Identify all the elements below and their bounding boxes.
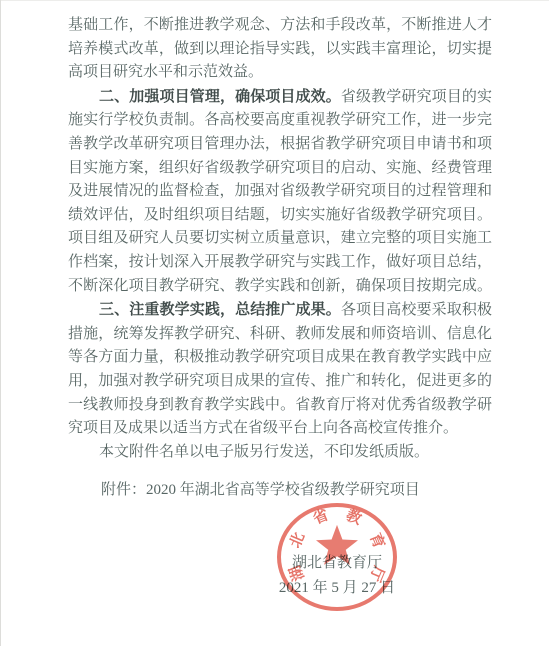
body-line: 绩效评估，及时组织项目结题，切实实施好省级教学研究项目。 xyxy=(68,204,492,228)
body-line: 不断深化项目教学研究、教学实践和创新，确保项目按期完成。 xyxy=(68,275,492,299)
body-line-text: 不断深化项目教学研究、教学实践和创新，确保项目按期完成。 xyxy=(68,278,492,294)
section-heading-line-2: 二、加强项目管理，确保项目成效。省级教学研究项目的实 xyxy=(68,85,492,110)
body-line: 等各方面力量，积极推动教学研究项目成果在教育教学实践中应 xyxy=(68,346,492,370)
body-line-text: 绩效评估，及时组织项目结题，切实实施好省级教学研究项目。 xyxy=(68,207,492,223)
body-line-text: 培养模式改革，做到以理论指导实践，以实践丰富理论，切实提 xyxy=(68,41,492,57)
body-line-text: 省级教学研究项目的实 xyxy=(341,89,492,105)
body-line: 善教学改革研究项目管理办法，根据省教学研究项目申请书和项 xyxy=(68,133,492,157)
section-2-heading: 二、加强项目管理，确保项目成效。 xyxy=(99,88,341,105)
document-page: 基础工作，不断推进教学观念、方法和手段改革，不断推进人才 培养模式改革，做到以理… xyxy=(0,0,549,646)
body-line: 高项目研究水平和示范效益。 xyxy=(68,61,492,85)
section-3-heading: 三、注重教学实践，总结推广成果。 xyxy=(99,301,341,318)
body-line: 一线教师投身到教育教学实践中。省教育厅将对优秀省级教学研 xyxy=(68,394,492,418)
signature-date-text: 2021 年 5 月 27 日 xyxy=(279,580,395,596)
seal-char: 省 xyxy=(310,504,332,529)
body-line-text: 作档案，按计划深入开展教学研究与实践工作，做好项目总结， xyxy=(68,254,492,270)
document-body: 基础工作，不断推进教学观念、方法和手段改革，不断推进人才 培养模式改革，做到以理… xyxy=(68,14,492,464)
body-line-text: 高项目研究水平和示范效益。 xyxy=(68,64,263,80)
body-line-text: 本文附件名单以电子版另行发送，不印发纸质版。 xyxy=(99,444,429,460)
body-line: 项目组及研究人员要切实树立质量意识，建立完整的项目实施工 xyxy=(68,227,492,251)
signature-name-text: 湖北省教育厅 xyxy=(292,555,382,571)
seal-char: 育 xyxy=(365,530,390,552)
body-line-text: 措施，统筹发挥教学研究、科研、教师发展和师资培训、信息化 xyxy=(68,326,492,342)
body-line: 及进展情况的监督检查，加强对省级教学研究项目的过程管理和 xyxy=(68,180,492,204)
body-line-text: 一线教师投身到教育教学实践中。省教育厅将对优秀省级教学研 xyxy=(68,397,492,413)
body-line-text: 各项目高校要采取积极 xyxy=(341,302,492,318)
signature-name: 湖北省教育厅 xyxy=(237,552,437,574)
body-line-text: 施实行学校负责制。各高校要高度重视教学研究工作，进一步完 xyxy=(68,112,492,128)
body-line: 措施，统筹发挥教学研究、科研、教师发展和师资培训、信息化 xyxy=(68,323,492,347)
body-line-text: 等各方面力量，积极推动教学研究项目成果在教育教学实践中应 xyxy=(68,349,492,365)
body-line-text: 及进展情况的监督检查，加强对省级教学研究项目的过程管理和 xyxy=(68,183,492,199)
body-line-text: 基础工作，不断推进教学观念、方法和手段改革，不断推进人才 xyxy=(68,17,492,33)
seal-char: 教 xyxy=(343,504,365,529)
body-line-text: 目实施方案，组织好省级教学研究项目的启动、实施、经费管理 xyxy=(68,160,492,176)
body-line-text: 用，加强对教学研究项目成果的宣传、推广和转化，促进更多的 xyxy=(68,373,492,389)
body-line: 用，加强对教学研究项目成果的宣传、推广和转化，促进更多的 xyxy=(68,370,492,394)
body-line: 作档案，按计划深入开展教学研究与实践工作，做好项目总结， xyxy=(68,251,492,275)
body-line-text: 项目组及研究人员要切实树立质量意识，建立完整的项目实施工 xyxy=(68,230,492,246)
body-line: 目实施方案，组织好省级教学研究项目的启动、实施、经费管理 xyxy=(68,157,492,181)
body-line: 本文附件名单以电子版另行发送，不印发纸质版。 xyxy=(68,441,492,465)
body-line-text: 究项目及成果以适当方式在省级平台上向各高校宣传推介。 xyxy=(68,420,458,436)
section-heading-line-3: 三、注重教学实践，总结推广成果。各项目高校要采取积极 xyxy=(68,298,492,323)
body-line: 究项目及成果以适当方式在省级平台上向各高校宣传推介。 xyxy=(68,417,492,441)
signature-date: 2021 年 5 月 27 日 xyxy=(237,577,437,599)
body-line: 施实行学校负责制。各高校要高度重视教学研究工作，进一步完 xyxy=(68,109,492,133)
attachment-line: 附件：2020 年湖北省高等学校省级教学研究项目 xyxy=(68,479,492,503)
body-line: 培养模式改革，做到以理论指导实践，以实践丰富理论，切实提 xyxy=(68,38,492,62)
seal-char: 北 xyxy=(284,529,309,551)
body-line: 基础工作，不断推进教学观念、方法和手段改革，不断推进人才 xyxy=(68,14,492,38)
body-line-text: 善教学改革研究项目管理办法，根据省教学研究项目申请书和项 xyxy=(68,136,492,152)
scan-edge-artifact xyxy=(0,0,1,646)
attachment-text: 附件：2020 年湖北省高等学校省级教学研究项目 xyxy=(101,482,420,498)
